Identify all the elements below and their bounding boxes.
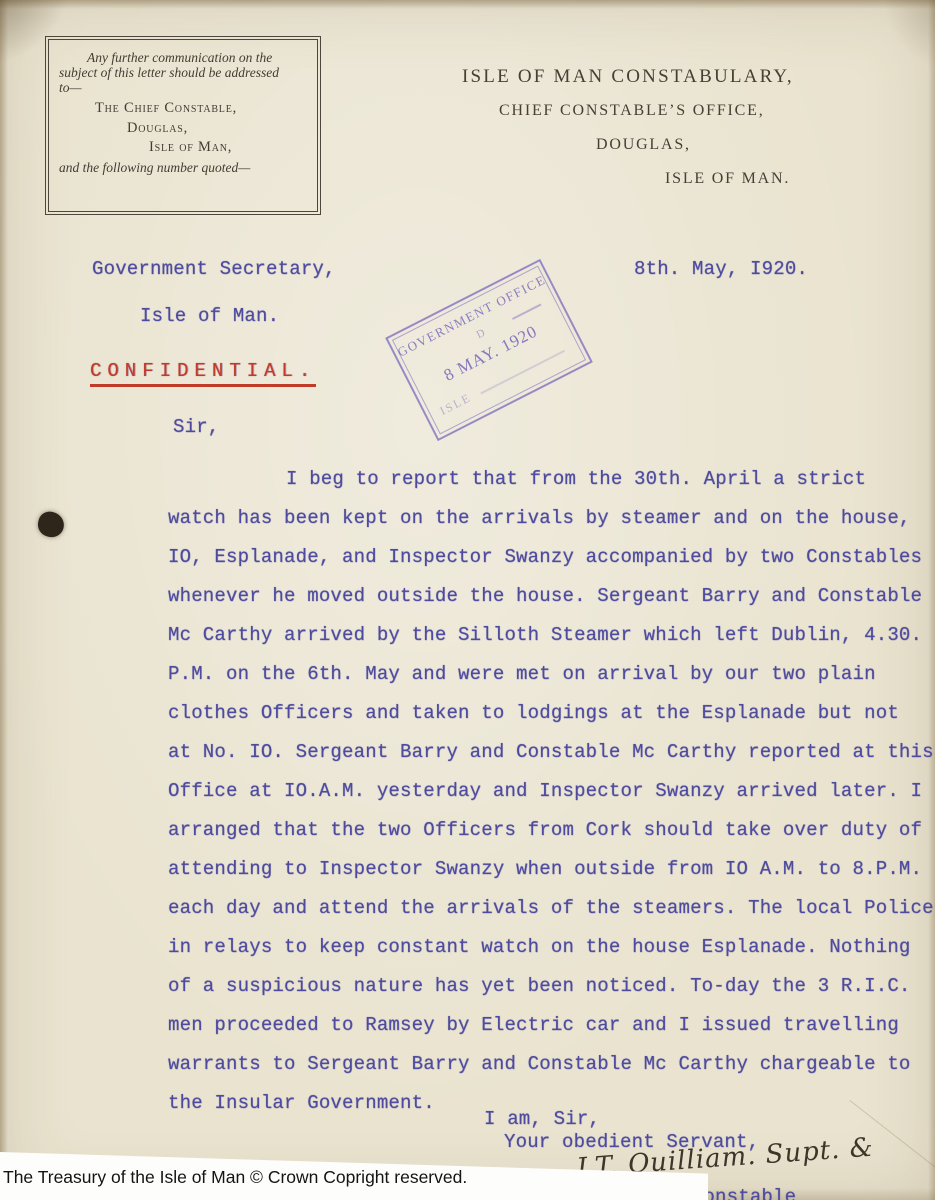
body-line: each day and attend the arrivals of the … xyxy=(168,889,935,928)
constabulary-heading-line3: DOUGLAS, xyxy=(596,136,691,154)
recipient-line1: Government Secretary, xyxy=(92,258,336,280)
body-line: I beg to report that from the 30th. Apri… xyxy=(168,460,935,499)
letterhead-note-line2: subject of this letter should be address… xyxy=(59,65,279,81)
letter-body: I beg to report that from the 30th. Apri… xyxy=(168,460,935,1123)
letterhead-address-line2: Douglas, xyxy=(127,120,188,137)
salutation: Sir, xyxy=(173,416,219,438)
body-line: P.M. on the 6th. May and were met on arr… xyxy=(168,655,935,694)
body-line: arranged that the two Officers from Cork… xyxy=(168,811,935,850)
body-line: attending to Inspector Swanzy when outsi… xyxy=(168,850,935,889)
copyright-caption: The Treasury of the Isle of Man © Crown … xyxy=(3,1167,467,1188)
letterhead-instruction-box: Any further communication on the subject… xyxy=(48,39,318,212)
body-line: of a suspicious nature has yet been noti… xyxy=(168,967,935,1006)
body-line: at No. IO. Sergeant Barry and Constable … xyxy=(168,733,935,772)
body-line: Mc Carthy arrived by the Silloth Steamer… xyxy=(168,616,935,655)
constabulary-heading-line4: ISLE OF MAN. xyxy=(665,170,790,188)
body-line: IO, Esplanade, and Inspector Swanzy acco… xyxy=(168,538,935,577)
letterhead-address-line3: Isle of Man, xyxy=(149,139,232,156)
body-line: whenever he moved outside the house. Ser… xyxy=(168,577,935,616)
punch-hole xyxy=(35,509,66,540)
body-line: clothes Officers and taken to lodgings a… xyxy=(168,694,935,733)
letterhead-address-line1: The Chief Constable, xyxy=(95,100,237,117)
confidential-label: CONFIDENTIAL. xyxy=(90,360,316,387)
letterhead-note-line3: to— xyxy=(59,80,82,96)
body-line: warrants to Sergeant Barry and Constable… xyxy=(168,1045,935,1084)
body-line: men proceeded to Ramsey by Electric car … xyxy=(168,1006,935,1045)
closing-line1: I am, Sir, xyxy=(484,1108,600,1130)
scanned-letter-page: Any further communication on the subject… xyxy=(0,0,935,1200)
letter-date: 8th. May, I920. xyxy=(634,258,808,280)
letterhead-note-line4: and the following number quoted— xyxy=(59,160,250,176)
letterhead-note-line1: Any further communication on the xyxy=(87,50,272,66)
constabulary-heading-line1: ISLE OF MAN CONSTABULARY, xyxy=(462,66,794,88)
constabulary-heading-line2: CHIEF CONSTABLE’S OFFICE, xyxy=(499,102,765,120)
recipient-line2: Isle of Man. xyxy=(140,305,279,327)
body-line: in relays to keep constant watch on the … xyxy=(168,928,935,967)
body-line: watch has been kept on the arrivals by s… xyxy=(168,499,935,538)
body-line: Office at IO.A.M. yesterday and Inspecto… xyxy=(168,772,935,811)
received-stamp: GOVERNMENT OFFICE D 8 MAY. 1920 ISLE xyxy=(385,259,593,441)
